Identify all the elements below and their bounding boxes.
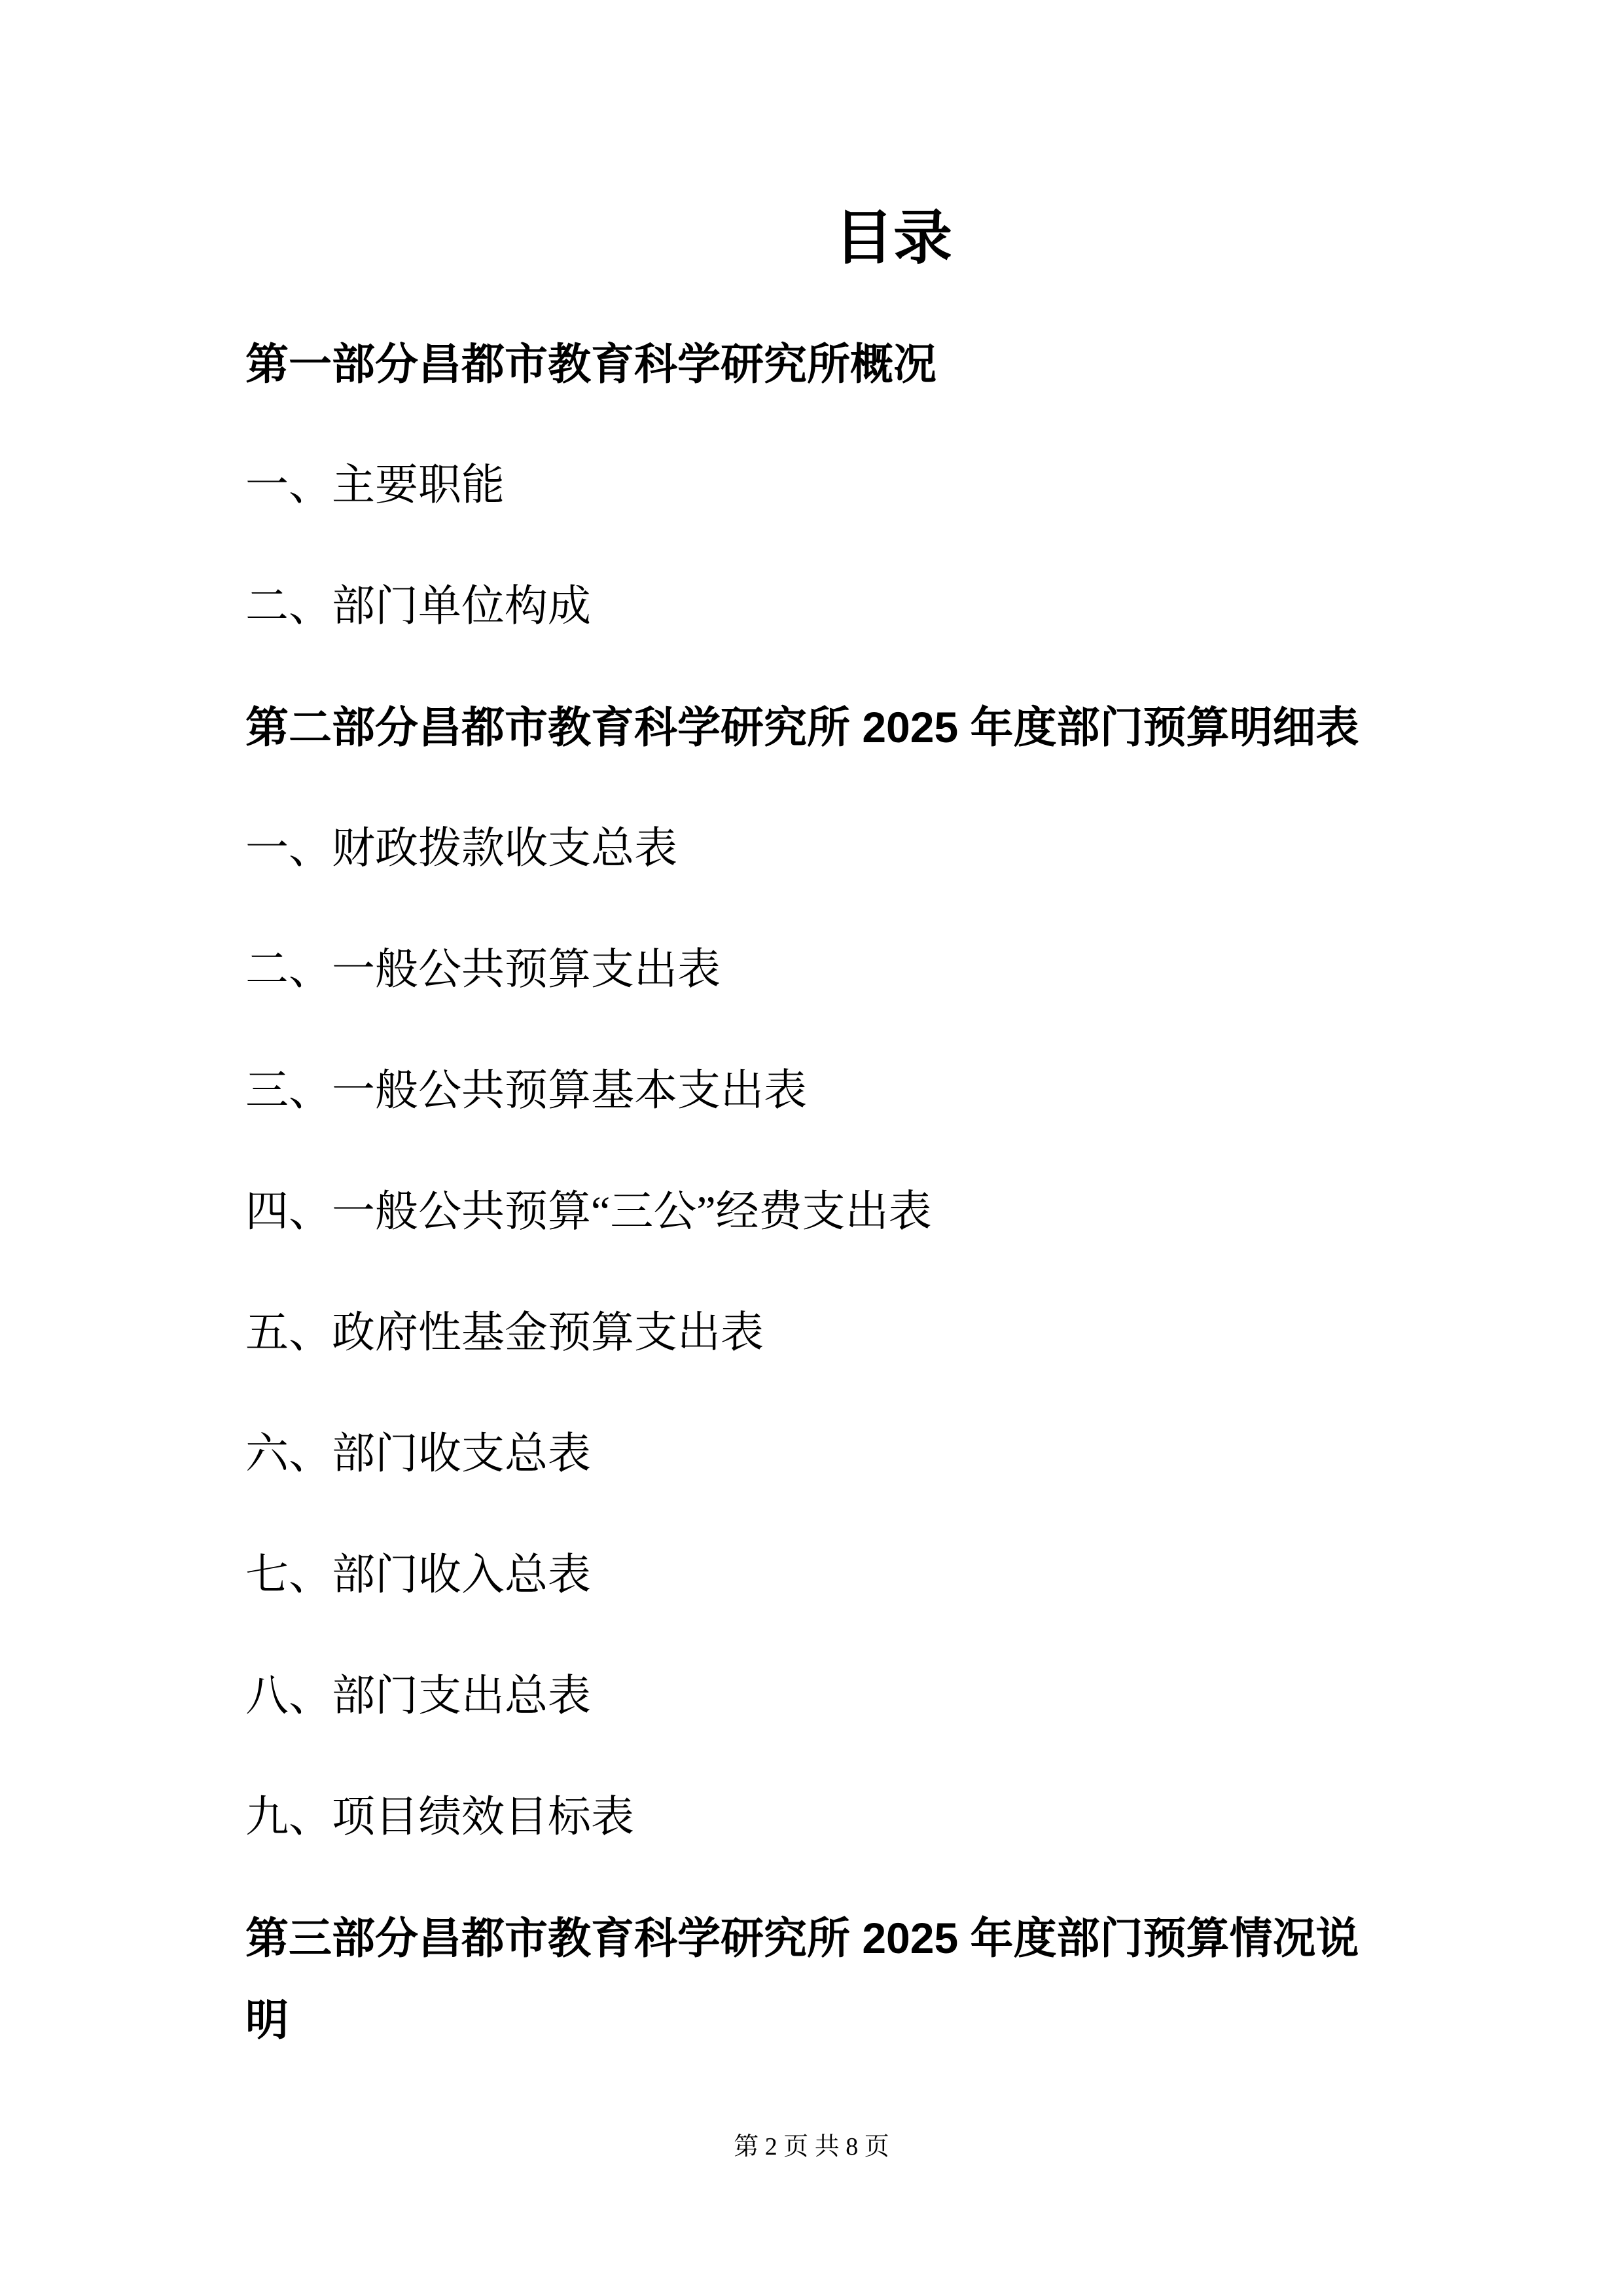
toc-entry: 三、一般公共预算基本支出表: [245, 1050, 1378, 1132]
toc-entry: 七、部门收入总表: [245, 1534, 1378, 1616]
toc-entry: 二、一般公共预算支出表: [245, 929, 1378, 1011]
toc-entry: 六、部门收支总表: [245, 1413, 1378, 1495]
toc-section-heading: 第三部分昌都市教育科学研究所 2025 年度部门预算情况说明: [245, 1897, 1378, 2061]
toc-entry: 二、部门单位构成: [245, 565, 1378, 647]
toc-entry: 一、主要职能: [245, 444, 1378, 526]
toc-section-heading: 第二部分昌都市教育科学研究所 2025 年度部门预算明细表: [245, 687, 1378, 768]
page-number: 第 2 页 共 8 页: [0, 2132, 1623, 2161]
page-title: 目录: [82, 209, 1623, 268]
toc-entry: 五、政府性基金预算支出表: [245, 1292, 1378, 1374]
table-of-contents: 第一部分昌都市教育科学研究所概况 一、主要职能 二、部门单位构成 第二部分昌都市…: [245, 323, 1378, 2100]
toc-entry: 四、一般公共预算“三公”经费支出表: [245, 1171, 1378, 1253]
toc-section-heading: 第一部分昌都市教育科学研究所概况: [245, 323, 1378, 405]
toc-entry: 一、财政拨款收支总表: [245, 808, 1378, 889]
document-page: 目录 第一部分昌都市教育科学研究所概况 一、主要职能 二、部门单位构成 第二部分…: [0, 0, 1623, 2296]
toc-entry: 九、项目绩效目标表: [245, 1776, 1378, 1858]
toc-entry: 八、部门支出总表: [245, 1655, 1378, 1737]
